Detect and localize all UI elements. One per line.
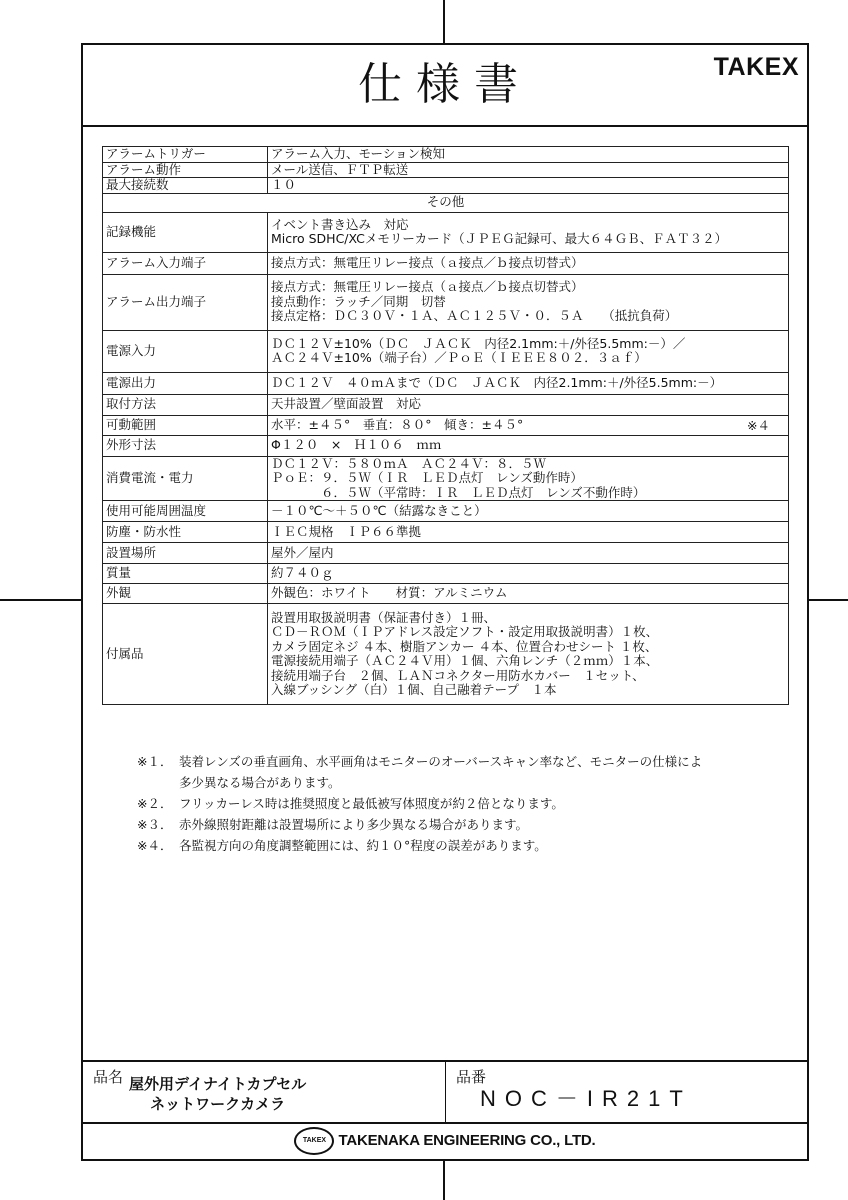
- note-line: フリッカーレス時は推奨照度と最低被写体照度が約２倍となります。: [179, 793, 564, 814]
- spec-value: 約７４０ｇ: [268, 564, 789, 584]
- spec-value-line: 水平：±４５° 垂直：８０° 傾き：±４５°: [271, 418, 785, 433]
- crop-mark-bottom: [443, 1159, 445, 1200]
- table-row: 付属品設置用取扱説明書（保証書付き）１冊、ＣＤ－ＲＯＭ（ＩＰアドレス設定ソフト・…: [103, 604, 789, 705]
- spec-value: ＤＣ１２Ｖ ４０ｍＡまで（ＤＣ ＪＡＣＫ 内径2.1mm:＋/外径5.5mm:－…: [268, 372, 789, 394]
- footer-product-band: 品名 屋外用デイナイトカプセル ネットワークカメラ 品番 NOC－IR21T: [83, 1060, 807, 1124]
- table-row: 外形寸法Φ１２０ × Ｈ１０６ ｍｍ: [103, 435, 789, 456]
- spec-value: 設置用取扱説明書（保証書付き）１冊、ＣＤ－ＲＯＭ（ＩＰアドレス設定ソフト・設定用…: [268, 604, 789, 705]
- note-mark: ※３．: [137, 814, 179, 835]
- spec-value-line: 接点定格：ＤＣ３０Ｖ・１Ａ、ＡＣ１２５Ｖ・０．５Ａ （抵抗負荷）: [271, 309, 785, 324]
- spec-key: 消費電流・電力: [103, 456, 268, 501]
- spec-key: アラーム入力端子: [103, 252, 268, 274]
- spec-value: ＤＣ１２Ｖ±10%（ＤＣ ＪＡＣＫ 内径2.1mm:＋/外径5.5mm:－）／Ａ…: [268, 330, 789, 372]
- spec-key: 外形寸法: [103, 435, 268, 456]
- product-name-label: 品名: [93, 1066, 123, 1087]
- table-row: 記録機能イベント書き込み 対応Micro SDHC/XCメモリーカード（ＪＰＥＧ…: [103, 212, 789, 252]
- note-text: 装着レンズの垂直画角、水平画角はモニターのオーバースキャン率など、モニターの仕様…: [179, 751, 702, 793]
- spec-key: 最大接続数: [103, 178, 268, 194]
- note-line: 多少異なる場合があります。: [179, 772, 702, 793]
- spec-value-line: ＰｏＥ：９．５Ｗ（ＩＲ ＬＥＤ点灯 レンズ動作時）: [271, 471, 785, 486]
- footer-company-band: TAKEX TAKENAKA ENGINEERING CO., LTD.: [83, 1122, 807, 1159]
- spec-table: アラームトリガーアラーム入力、モーション検知アラーム動作メール送信、ＦＴＰ転送最…: [102, 146, 789, 705]
- spec-value-line: 約７４０ｇ: [271, 566, 785, 581]
- table-row: アラーム入力端子接点方式：無電圧リレー接点（ａ接点／ｂ接点切替式）: [103, 252, 789, 274]
- spec-value: Φ１２０ × Ｈ１０６ ｍｍ: [268, 435, 789, 456]
- spec-key: 質量: [103, 564, 268, 584]
- note-item: ※３．赤外線照射距離は設置場所により多少異なる場合があります。: [137, 814, 702, 835]
- note-text: 各監視方向の角度調整範囲には、約１０°程度の誤差があります。: [179, 835, 547, 856]
- spec-key: 電源入力: [103, 330, 268, 372]
- note-line: 装着レンズの垂直画角、水平画角はモニターのオーバースキャン率など、モニターの仕様…: [179, 751, 702, 772]
- crop-mark-left: [0, 599, 81, 601]
- section-header: その他: [103, 193, 789, 212]
- spec-value-line: ＣＤ－ＲＯＭ（ＩＰアドレス設定ソフト・設定用取扱説明書）１枚、: [271, 625, 785, 640]
- spec-value-line: 接点動作：ラッチ／同期 切替: [271, 295, 785, 310]
- table-row: アラーム出力端子接点方式：無電圧リレー接点（ａ接点／ｂ接点切替式）接点動作：ラッ…: [103, 274, 789, 330]
- note-mark: ※２．: [137, 793, 179, 814]
- spec-value-line: ＩＥＣ規格 ＩＰ６６準拠: [271, 525, 785, 540]
- spec-key: 外観: [103, 584, 268, 604]
- spec-value: ＩＥＣ規格 ＩＰ６６準拠: [268, 522, 789, 543]
- table-row: 使用可能周囲温度－１０℃～＋５０℃（結露なきこと）: [103, 501, 789, 522]
- spec-value: 接点方式：無電圧リレー接点（ａ接点／ｂ接点切替式）: [268, 252, 789, 274]
- spec-value-line: Φ１２０ × Ｈ１０６ ｍｍ: [271, 438, 785, 453]
- spec-key: 使用可能周囲温度: [103, 501, 268, 522]
- brand-logo: TAKEX: [714, 53, 799, 82]
- notes: ※１．装着レンズの垂直画角、水平画角はモニターのオーバースキャン率など、モニター…: [137, 751, 702, 856]
- spec-value-line: メール送信、ＦＴＰ転送: [271, 163, 785, 178]
- product-name-line1: 屋外用デイナイトカプセル: [129, 1074, 306, 1094]
- table-row: 可動範囲水平：±４５° 垂直：８０° 傾き：±４５°※４: [103, 415, 789, 435]
- spec-key: 防塵・防水性: [103, 522, 268, 543]
- spec-key: 付属品: [103, 604, 268, 705]
- spec-value-line: 接点方式：無電圧リレー接点（ａ接点／ｂ接点切替式）: [271, 256, 785, 271]
- spec-value: １０: [268, 178, 789, 194]
- product-number: NOC－IR21T: [480, 1082, 692, 1113]
- table-row: 消費電流・電力ＤＣ１２Ｖ：５８０ｍＡ ＡＣ２４Ｖ：８．５ＷＰｏＥ：９．５Ｗ（ＩＲ…: [103, 456, 789, 501]
- product-name: 屋外用デイナイトカプセル ネットワークカメラ: [129, 1074, 306, 1114]
- spec-key: 取付方法: [103, 394, 268, 415]
- table-row: アラーム動作メール送信、ＦＴＰ転送: [103, 162, 789, 178]
- spec-value-line: ＡＣ２４Ｖ±10%（端子台）／ＰｏＥ（ＩＥＥＥ８０２．３ａｆ）: [271, 351, 785, 366]
- crop-mark-right: [807, 599, 848, 601]
- note-item: ※１．装着レンズの垂直画角、水平画角はモニターのオーバースキャン率など、モニター…: [137, 751, 702, 793]
- crop-mark-top: [443, 0, 445, 43]
- note-text: 赤外線照射距離は設置場所により多少異なる場合があります。: [179, 814, 528, 835]
- spec-value-line: 屋外／屋内: [271, 546, 785, 561]
- table-row: その他: [103, 193, 789, 212]
- company-name: TAKENAKA ENGINEERING CO., LTD.: [338, 1132, 595, 1149]
- table-row: 防塵・防水性ＩＥＣ規格 ＩＰ６６準拠: [103, 522, 789, 543]
- table-row: 電源入力ＤＣ１２Ｖ±10%（ＤＣ ＪＡＣＫ 内径2.1mm:＋/外径5.5mm:…: [103, 330, 789, 372]
- product-name-cell: 品名 屋外用デイナイトカプセル ネットワークカメラ: [83, 1062, 446, 1122]
- spec-value-line: 接続用端子台 ２個、ＬＡＮコネクター用防水カバー １セット、: [271, 669, 785, 684]
- spec-value-line: ＤＣ１２Ｖ±10%（ＤＣ ＪＡＣＫ 内径2.1mm:＋/外径5.5mm:－）／: [271, 337, 785, 352]
- spec-value-line: 接点方式：無電圧リレー接点（ａ接点／ｂ接点切替式）: [271, 280, 785, 295]
- note-mark: ※１．: [137, 751, 179, 793]
- spec-value: 水平：±４５° 垂直：８０° 傾き：±４５°※４: [268, 415, 789, 435]
- spec-value-line: アラーム入力、モーション検知: [271, 147, 785, 162]
- spec-value-line: カメラ固定ネジ ４本、樹脂アンカー ４本、位置合わせシート １枚、: [271, 640, 785, 655]
- spec-value-line: －１０℃～＋５０℃（結露なきこと）: [271, 504, 785, 519]
- spec-value-line: イベント書き込み 対応: [271, 218, 785, 233]
- spec-value-line: 外観色：ホワイト 材質：アルミニウム: [271, 586, 785, 601]
- title-band: 仕様書 TAKEX: [83, 45, 807, 127]
- footnote-ref: ※４: [747, 419, 770, 434]
- document-frame: 仕様書 TAKEX アラームトリガーアラーム入力、モーション検知アラーム動作メー…: [81, 43, 809, 1161]
- spec-value-line: 電源接続用端子（ＡＣ２４Ｖ用）１個、六角レンチ（２ｍｍ）１本、: [271, 654, 785, 669]
- note-text: フリッカーレス時は推奨照度と最低被写体照度が約２倍となります。: [179, 793, 564, 814]
- spec-value: イベント書き込み 対応Micro SDHC/XCメモリーカード（ＪＰＥＧ記録可、…: [268, 212, 789, 252]
- table-row: 取付方法天井設置／壁面設置 対応: [103, 394, 789, 415]
- spec-key: 可動範囲: [103, 415, 268, 435]
- spec-value: ＤＣ１２Ｖ：５８０ｍＡ ＡＣ２４Ｖ：８．５ＷＰｏＥ：９．５Ｗ（ＩＲ ＬＥＤ点灯 …: [268, 456, 789, 501]
- spec-value: －１０℃～＋５０℃（結露なきこと）: [268, 501, 789, 522]
- table-row: アラームトリガーアラーム入力、モーション検知: [103, 147, 789, 163]
- table-row: 最大接続数１０: [103, 178, 789, 194]
- spec-key: アラームトリガー: [103, 147, 268, 163]
- spec-key: 電源出力: [103, 372, 268, 394]
- spec-value-line: Micro SDHC/XCメモリーカード（ＪＰＥＧ記録可、最大６４ＧＢ、ＦＡＴ３…: [271, 232, 785, 247]
- spec-value-line: ６．５Ｗ（平常時：ＩＲ ＬＥＤ点灯 レンズ不動作時）: [271, 486, 785, 501]
- note-mark: ※４．: [137, 835, 179, 856]
- spec-key: 記録機能: [103, 212, 268, 252]
- spec-value-line: 入線ブッシング（白）１個、自己融着テープ １本: [271, 683, 785, 698]
- note-item: ※２．フリッカーレス時は推奨照度と最低被写体照度が約２倍となります。: [137, 793, 702, 814]
- table-row: 電源出力ＤＣ１２Ｖ ４０ｍＡまで（ＤＣ ＪＡＣＫ 内径2.1mm:＋/外径5.5…: [103, 372, 789, 394]
- spec-value-line: １０: [271, 178, 785, 193]
- note-item: ※４．各監視方向の角度調整範囲には、約１０°程度の誤差があります。: [137, 835, 702, 856]
- spec-value: メール送信、ＦＴＰ転送: [268, 162, 789, 178]
- spec-key: アラーム出力端子: [103, 274, 268, 330]
- takex-oval-logo-icon: TAKEX: [294, 1127, 334, 1155]
- table-row: 設置場所屋外／屋内: [103, 543, 789, 564]
- spec-value: 天井設置／壁面設置 対応: [268, 394, 789, 415]
- table-row: 外観外観色：ホワイト 材質：アルミニウム: [103, 584, 789, 604]
- spec-value-line: 天井設置／壁面設置 対応: [271, 397, 785, 412]
- spec-value-line: ＤＣ１２Ｖ：５８０ｍＡ ＡＣ２４Ｖ：８．５Ｗ: [271, 457, 785, 472]
- spec-value: 接点方式：無電圧リレー接点（ａ接点／ｂ接点切替式）接点動作：ラッチ／同期 切替接…: [268, 274, 789, 330]
- spec-value: 屋外／屋内: [268, 543, 789, 564]
- product-number-cell: 品番 NOC－IR21T: [446, 1062, 807, 1122]
- spec-value: 外観色：ホワイト 材質：アルミニウム: [268, 584, 789, 604]
- spec-key: アラーム動作: [103, 162, 268, 178]
- note-line: 赤外線照射距離は設置場所により多少異なる場合があります。: [179, 814, 528, 835]
- table-row: 質量約７４０ｇ: [103, 564, 789, 584]
- spec-value-line: 設置用取扱説明書（保証書付き）１冊、: [271, 611, 785, 626]
- spec-key: 設置場所: [103, 543, 268, 564]
- note-line: 各監視方向の角度調整範囲には、約１０°程度の誤差があります。: [179, 835, 547, 856]
- spec-value: アラーム入力、モーション検知: [268, 147, 789, 163]
- spec-value-line: ＤＣ１２Ｖ ４０ｍＡまで（ＤＣ ＪＡＣＫ 内径2.1mm:＋/外径5.5mm:－…: [271, 376, 785, 391]
- document-title: 仕様書: [83, 55, 807, 115]
- product-name-line2: ネットワークカメラ: [129, 1094, 306, 1114]
